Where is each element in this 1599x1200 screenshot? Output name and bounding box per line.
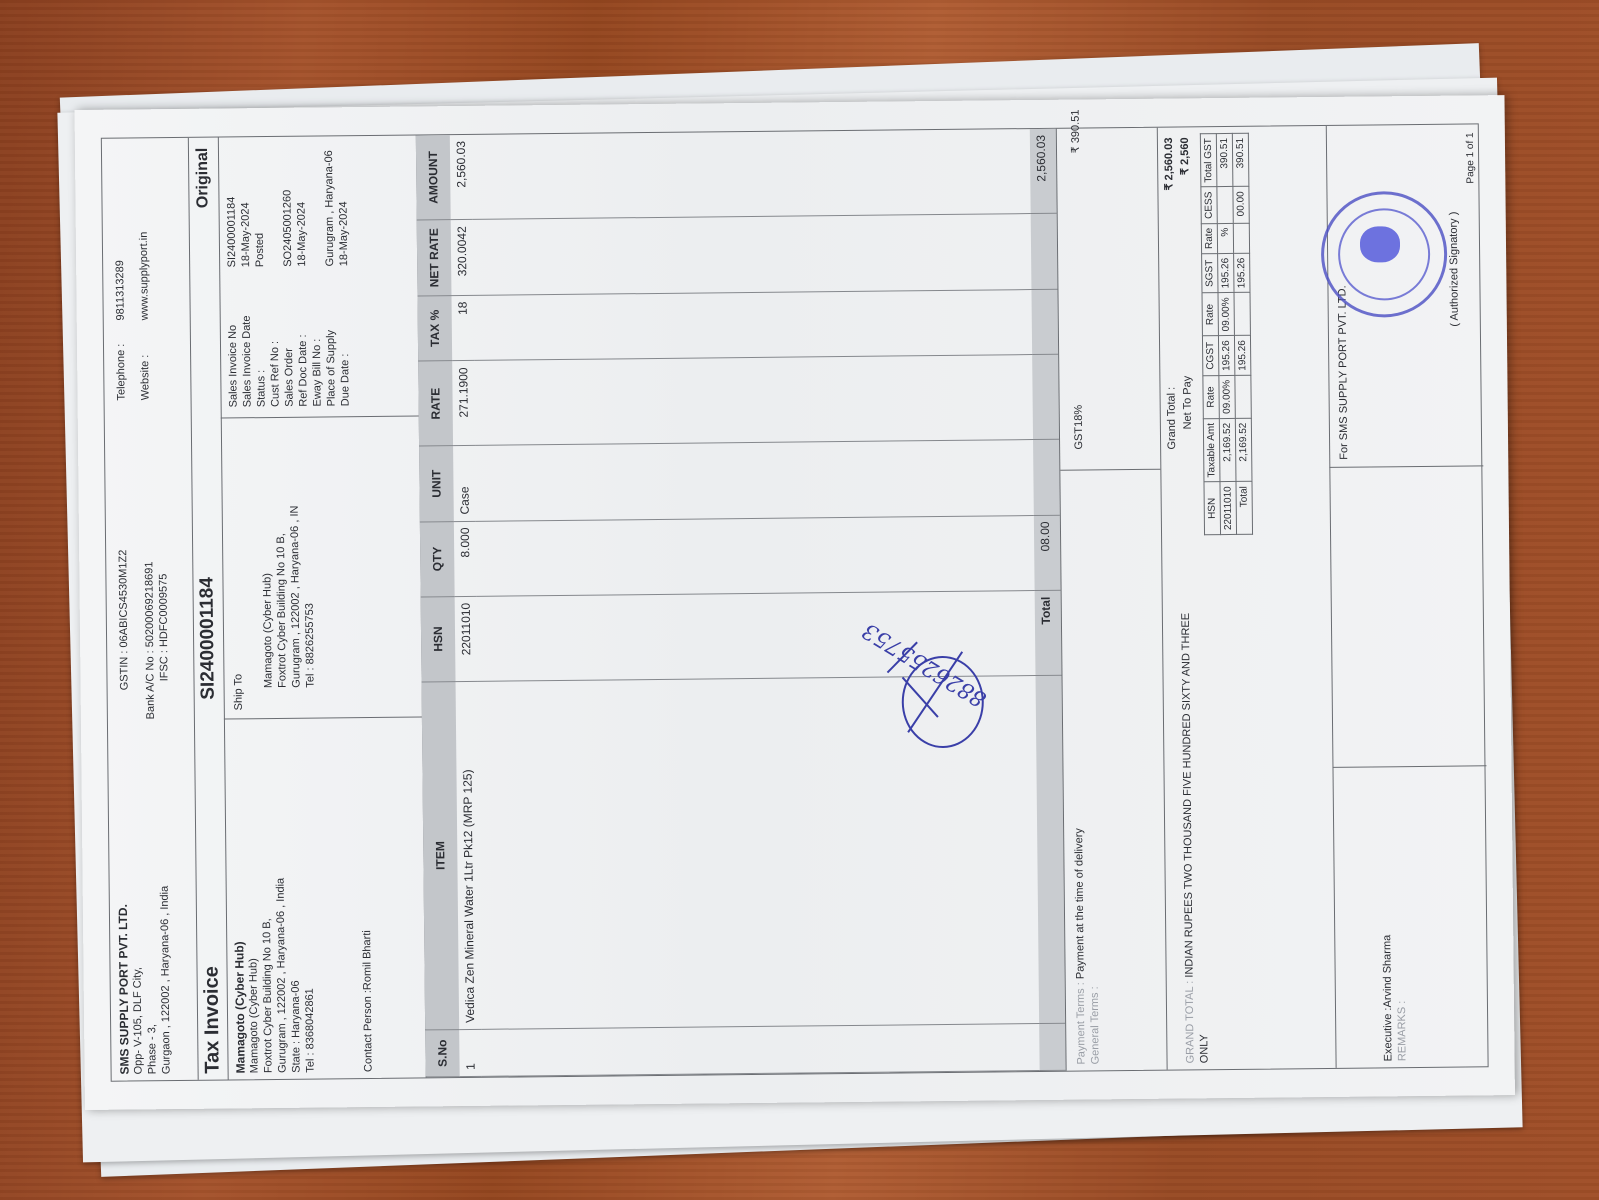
meta-value: SO2405001260 xyxy=(280,151,295,267)
invoice-number-heading: SI2400001184 xyxy=(196,577,219,700)
gst-row: Total2,169.52195.26195.2600.00390.51 xyxy=(1232,133,1252,534)
invoice-meta-list: Sales Invoice NoSI2400001184Sales Invoic… xyxy=(224,150,353,407)
meta-label: Sales Invoice Date xyxy=(239,267,254,407)
grand-total-value: ₹ 2,560.03 xyxy=(1162,138,1177,191)
table-cell: 18 xyxy=(451,295,474,361)
meta-value: Posted xyxy=(252,151,267,267)
gst-cell xyxy=(1235,375,1251,418)
gst-cell: % xyxy=(1217,223,1233,253)
invoice-frame: SMS SUPPLY PORT PVT. LTD. Opp- V-105, DL… xyxy=(101,123,1489,1081)
bill-to-block: Mamagoto (Cyber Hub) Mamagoto (Cyber Hub… xyxy=(230,742,375,1073)
company-address-line: Gurgaon , 122002 , Haryana-06 , India xyxy=(158,886,174,1074)
ship-to-label: Ship To xyxy=(229,426,246,710)
website-value: www.supplyport.in xyxy=(138,232,151,321)
gst-cell: 22011010 xyxy=(1220,482,1237,535)
gst-column-header: CGST xyxy=(1202,336,1218,376)
footer-spacer xyxy=(1329,465,1486,768)
table-cell: Case xyxy=(453,446,476,522)
grand-total-words-suffix: ONLY xyxy=(1198,1034,1210,1063)
net-to-pay-value: ₹ 2,560 xyxy=(1178,137,1192,175)
gst-cell: Total xyxy=(1236,482,1253,535)
gst-cell xyxy=(1233,223,1249,253)
items-table-area: S.NoITEMHSNQTYUNITRATETAX %NET RATEAMOUN… xyxy=(416,129,1066,1078)
gst-cell: 195.26 xyxy=(1234,336,1250,376)
table-total-cell xyxy=(1035,675,1065,1024)
ship-to-tel: Tel : 8826255753 xyxy=(301,418,318,688)
company-contact-block: Telephone :9811313289 Website :www.suppl… xyxy=(113,232,153,401)
table-total-cell xyxy=(1031,214,1058,290)
executive-block: Executive :Arvind Sharma REMARKS : xyxy=(1332,765,1489,1068)
terms-block: Payment Terms : Payment at the time of d… xyxy=(1072,828,1102,1065)
column-header: UNIT xyxy=(419,446,454,522)
telephone-value: 9811313289 xyxy=(114,260,127,320)
gst-cell: 195.26 xyxy=(1234,253,1250,293)
table-total-cell: 08.00 xyxy=(1034,515,1061,591)
copy-type-label: Original xyxy=(194,148,213,209)
column-header: TAX % xyxy=(417,295,452,361)
gst-cell: 00.00 xyxy=(1233,187,1249,223)
table-total-cell xyxy=(1039,1023,1065,1070)
column-header: RATE xyxy=(418,361,453,446)
gst-column-header: Taxable Amt xyxy=(1203,418,1220,482)
meta-label: Place of Supply xyxy=(323,266,338,406)
payment-terms-label: Payment Terms : xyxy=(1075,982,1088,1064)
table-cell: 1 xyxy=(459,1029,481,1076)
general-terms-label: General Terms : xyxy=(1086,828,1102,1065)
gst-column-header: SGST xyxy=(1202,253,1218,293)
gst-cell xyxy=(1234,293,1250,336)
grand-total-words-value: INDIAN RUPEES TWO THOUSAND FIVE HUNDRED … xyxy=(1180,613,1196,978)
meta-value xyxy=(266,151,281,267)
company-header: SMS SUPPLY PORT PVT. LTD. Opp- V-105, DL… xyxy=(102,138,199,1081)
payment-terms-value: Payment at the time of delivery xyxy=(1073,828,1087,979)
meta-label: Cust Ref No : xyxy=(267,267,282,407)
gst-column-header: Rate xyxy=(1203,376,1219,419)
company-address-block: SMS SUPPLY PORT PVT. LTD. Opp- V-105, DL… xyxy=(116,886,174,1075)
meta-value: 18-May-2024 xyxy=(294,150,309,266)
gst-cell: 390.51 xyxy=(1232,133,1249,187)
ifsc-label: IFSC : xyxy=(157,650,172,750)
telephone-label: Telephone : xyxy=(114,321,129,401)
parties-row: Mamagoto (Cyber Hub) Mamagoto (Cyber Hub… xyxy=(218,135,427,1079)
meta-value: 18-May-2024 xyxy=(238,151,253,267)
column-header: QTY xyxy=(420,521,455,597)
bill-to-tel: Tel : 8368042861 xyxy=(300,743,317,1073)
ifsc-value: HDFC0009575 xyxy=(157,574,170,647)
gst-cell xyxy=(1217,187,1233,223)
grand-total-label: Grand Total : xyxy=(1164,387,1179,450)
meta-label: Status : xyxy=(253,267,268,407)
table-total-cell: Total xyxy=(1035,590,1062,675)
meta-value xyxy=(308,150,323,266)
company-tax-block: GSTIN : 06ABICS4530M1Z2 Bank A/C No : 50… xyxy=(115,420,172,751)
items-table: S.NoITEMHSNQTYUNITRATETAX %NET RATEAMOUN… xyxy=(416,129,1066,1078)
grand-total-row: GRAND TOTAL : INDIAN RUPEES TWO THOUSAND… xyxy=(1156,126,1337,1070)
contact-person: Contact Person :Romil Bharti xyxy=(358,742,375,1072)
meta-label: Eway Bill No : xyxy=(309,266,324,406)
gst-cell: 390.51 xyxy=(1216,133,1233,187)
document-title: Tax Invoice xyxy=(201,966,225,1074)
gst-column-header: Total GST xyxy=(1200,134,1217,188)
table-total-cell: 2,560.03 xyxy=(1030,129,1057,214)
meta-value: Gurugram , Haryana-06 xyxy=(322,150,337,266)
tax-summary-block: GST18% ₹ 390.51 xyxy=(1056,99,1160,471)
website-label: Website : xyxy=(138,320,153,400)
terms-row: Payment Terms : Payment at the time of d… xyxy=(1056,128,1168,1071)
gst-column-header: HSN xyxy=(1204,482,1221,535)
for-company-label: For SMS SUPPLY PORT PVT. LTD. xyxy=(1335,285,1351,460)
table-cell: 271.1900 xyxy=(452,361,475,446)
gst-column-header: CESS xyxy=(1201,187,1217,223)
gst-cell: 2,169.52 xyxy=(1235,418,1252,482)
column-header: HSN xyxy=(421,596,456,681)
gst-cell: 195.26 xyxy=(1218,336,1234,376)
net-to-pay-label: Net To Pay xyxy=(1180,376,1195,430)
authorized-signatory-label: ( Authorized Signatory ) xyxy=(1447,212,1462,327)
bank-value: 50200069218691 xyxy=(143,562,156,648)
company-name: SMS SUPPLY PORT PVT. LTD. xyxy=(116,886,132,1074)
gst-cell: 195.26 xyxy=(1218,253,1234,293)
column-header: S.No xyxy=(425,1030,459,1077)
gst-column-header: Rate xyxy=(1202,293,1218,336)
table-cell: 8.000 xyxy=(454,521,477,597)
tax-amount: ₹ 390.51 xyxy=(1069,109,1083,153)
gstin-label: GSTIN : xyxy=(117,650,132,750)
meta-value: 18-May-2024 xyxy=(336,150,351,266)
meta-label: Due Date : xyxy=(337,266,352,406)
table-cell: 320.0042 xyxy=(451,220,474,296)
gst-column-header: Rate xyxy=(1201,223,1217,253)
grand-total-words-label: GRAND TOTAL : xyxy=(1184,981,1197,1064)
table-total-cell xyxy=(1032,355,1059,440)
page-number: Page 1 of 1 xyxy=(1464,132,1479,183)
column-header: AMOUNT xyxy=(416,135,451,220)
table-total-cell xyxy=(1031,289,1058,355)
ship-to-block: Ship To Mamagoto (Cyber Hub) Foxtrot Cyb… xyxy=(221,415,422,719)
gstin-value: 06ABICS4530M1Z2 xyxy=(117,550,130,648)
table-cell: 22011010 xyxy=(455,596,478,681)
footer-row: Executive :Arvind Sharma REMARKS : For S… xyxy=(1326,124,1490,1068)
bank-label: Bank A/C No : xyxy=(143,650,158,750)
grand-total-words: GRAND TOTAL : INDIAN RUPEES TWO THOUSAND… xyxy=(1177,463,1211,1063)
table-total-cell xyxy=(1033,439,1060,515)
meta-label: Sales Order xyxy=(281,267,296,407)
gst-summary-table: HSNTaxable AmtRateCGSTRateSGSTRateCESSTo… xyxy=(1200,133,1253,536)
signatory-block: For SMS SUPPLY PORT PVT. LTD. ( Authoriz… xyxy=(1326,124,1484,468)
meta-label: Ref Doc Date : xyxy=(295,267,310,407)
column-header: NET RATE xyxy=(417,220,452,296)
remarks-label: REMARKS : xyxy=(1393,773,1410,1061)
table-cell: 2,560.03 xyxy=(450,135,473,220)
gst-cell: 09.00% xyxy=(1218,293,1234,336)
tax-invoice-page: SMS SUPPLY PORT PVT. LTD. Opp- V-105, DL… xyxy=(75,95,1515,1110)
meta-value: SI2400001184 xyxy=(224,151,239,267)
tax-label: GST18% xyxy=(1072,405,1086,450)
company-stamp xyxy=(1320,191,1447,318)
meta-label: Sales Invoice No xyxy=(225,267,240,407)
column-header: ITEM xyxy=(422,681,460,1030)
gst-cell: 09.00% xyxy=(1219,375,1235,418)
gst-cell: 2,169.52 xyxy=(1219,418,1236,482)
